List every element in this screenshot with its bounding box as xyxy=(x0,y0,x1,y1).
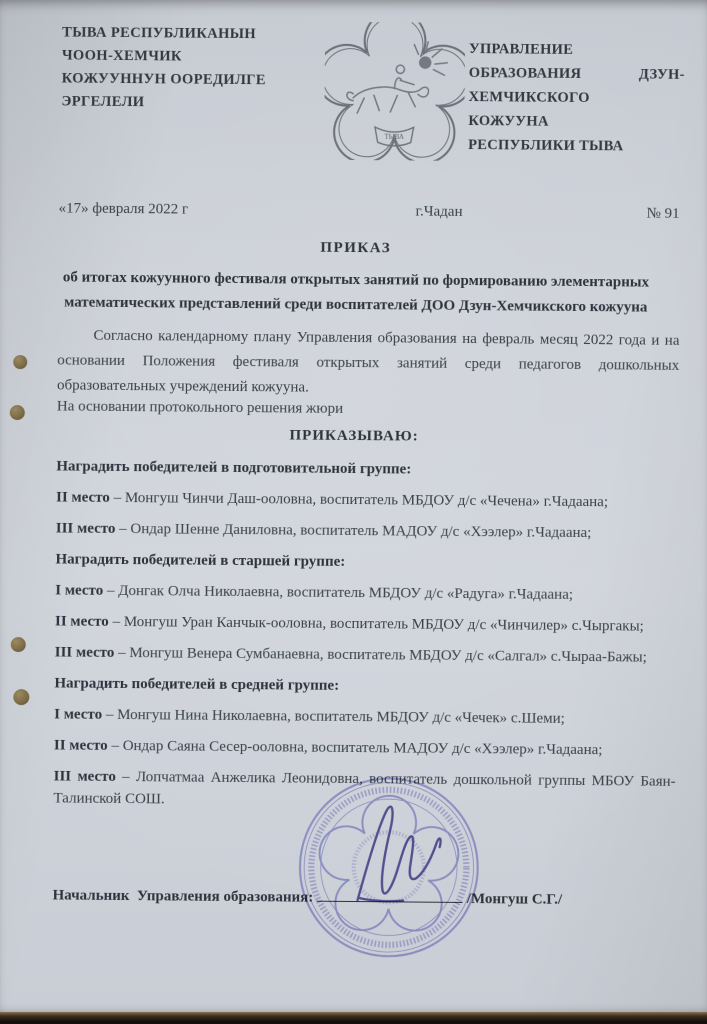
award-place: I место xyxy=(54,706,102,722)
org-name-line: ЭРГЕЛЕЛИ xyxy=(61,90,333,115)
document-number: № 91 xyxy=(599,205,679,223)
award-text: – Монгуш Нина Николаевна, воспитатель МБ… xyxy=(106,707,565,727)
award-place: II место xyxy=(54,737,108,753)
document-city: г.Чадан xyxy=(278,202,599,222)
section-heading: Наградить победителей в старшей группе: xyxy=(55,548,677,575)
signature-label: Начальник Управления образования: xyxy=(53,887,314,905)
award-place: III место xyxy=(55,644,115,661)
award-place: II место xyxy=(56,489,110,505)
org-name-line: КОЖУУНА xyxy=(468,109,684,135)
section-heading: Наградить победителей в средней группе: xyxy=(54,672,676,699)
emblem-ribbon-text: ТЫВА xyxy=(385,134,404,141)
org-name-line: ТЫВА РЕСПУБЛИКАНЫН xyxy=(62,21,334,46)
org-name-line: РЕСПУБЛИКИ ТЫВА xyxy=(468,133,684,159)
order-resolution: ПРИКАЗЫВАЮ: xyxy=(1,425,707,448)
hole-punch-mark xyxy=(13,689,29,705)
document-content: ТЫВА РЕСПУБЛИКАНЫН ЧООН-ХЕМЧИК КОЖУУННУН… xyxy=(0,0,707,1015)
org-name-tuvan: ТЫВА РЕСПУБЛИКАНЫН ЧООН-ХЕМЧИК КОЖУУННУН… xyxy=(61,21,334,115)
org-name-line: ХЕМЧИКСКОГО xyxy=(468,85,684,111)
org-name-line: ОБРАЗОВАНИЯ ДЗУН- xyxy=(469,61,685,87)
award-line: II место – Монгуш Уран Канчык-ооловна, в… xyxy=(55,610,677,637)
award-text: – Ондар Шенне Даниловна, воспитатель МАД… xyxy=(119,521,591,541)
award-text: – Монгуш Венера Сумбанаевна, воспитатель… xyxy=(118,645,647,666)
photo-background-edge xyxy=(0,1012,707,1024)
award-sections: Наградить победителей в подготовительной… xyxy=(53,455,678,823)
handwritten-signature-icon xyxy=(358,806,441,901)
org-name-line: КОЖУУННУН ООРЕДИЛГЕ xyxy=(62,67,334,92)
section-heading: Наградить победителей в подготовительной… xyxy=(56,455,678,482)
tuva-coat-of-arms-icon: ТЫВА xyxy=(324,22,465,161)
award-line: III место – Монгуш Венера Сумбанаевна, в… xyxy=(55,641,677,668)
award-text: – Монгуш Чинчи Даш-ооловна, воспитатель … xyxy=(114,490,609,510)
award-text: – Ондар Саяна Сесер-ооловна, воспитатель… xyxy=(111,738,602,758)
award-line: III место – Ондар Шенне Даниловна, воспи… xyxy=(56,517,678,544)
org-name-line: УПРАВЛЕНИЕ xyxy=(469,37,685,63)
org-name-line: ЧООН-ХЕМЧИК xyxy=(62,44,334,69)
award-place: III место xyxy=(54,768,116,785)
hole-punch-mark xyxy=(13,355,27,369)
award-place: II место xyxy=(55,613,109,629)
order-subject: об итогах кожуунного фестиваля открытых … xyxy=(45,265,667,320)
hole-punch-mark xyxy=(11,637,26,652)
official-round-stamp-icon xyxy=(295,774,483,962)
order-paragraph: Согласно календарному плану Управления о… xyxy=(57,323,680,403)
award-text: – Донгак Олча Николаевна, воспитатель МБ… xyxy=(107,583,573,603)
hole-punch-mark xyxy=(10,405,25,420)
award-line: II место – Ондар Саяна Сесер-ооловна, во… xyxy=(54,734,676,761)
award-text: – Монгуш Уран Канчык-ооловна, воспитател… xyxy=(112,614,643,635)
org-name-russian: УПРАВЛЕНИЕ ОБРАЗОВАНИЯ ДЗУН- ХЕМЧИКСКОГО… xyxy=(468,37,685,159)
award-line: II место – Монгуш Чинчи Даш-ооловна, вос… xyxy=(56,486,678,513)
award-place: III место xyxy=(56,520,116,537)
award-line: I место – Монгуш Нина Николаевна, воспит… xyxy=(54,703,676,730)
order-basis: На основании протокольного решения жюри xyxy=(57,395,679,422)
award-line: I место – Донгак Олча Николаевна, воспит… xyxy=(55,579,677,606)
award-place: I место xyxy=(55,582,103,598)
document-date: «17» февраля 2022 г xyxy=(59,200,279,219)
order-title: ПРИКАЗ xyxy=(2,237,707,260)
scanned-document-page: ТЫВА РЕСПУБЛИКАНЫН ЧООН-ХЕМЧИК КОЖУУННУН… xyxy=(0,0,707,1012)
document-meta-row: «17» февраля 2022 г г.Чадан № 91 xyxy=(59,200,680,222)
